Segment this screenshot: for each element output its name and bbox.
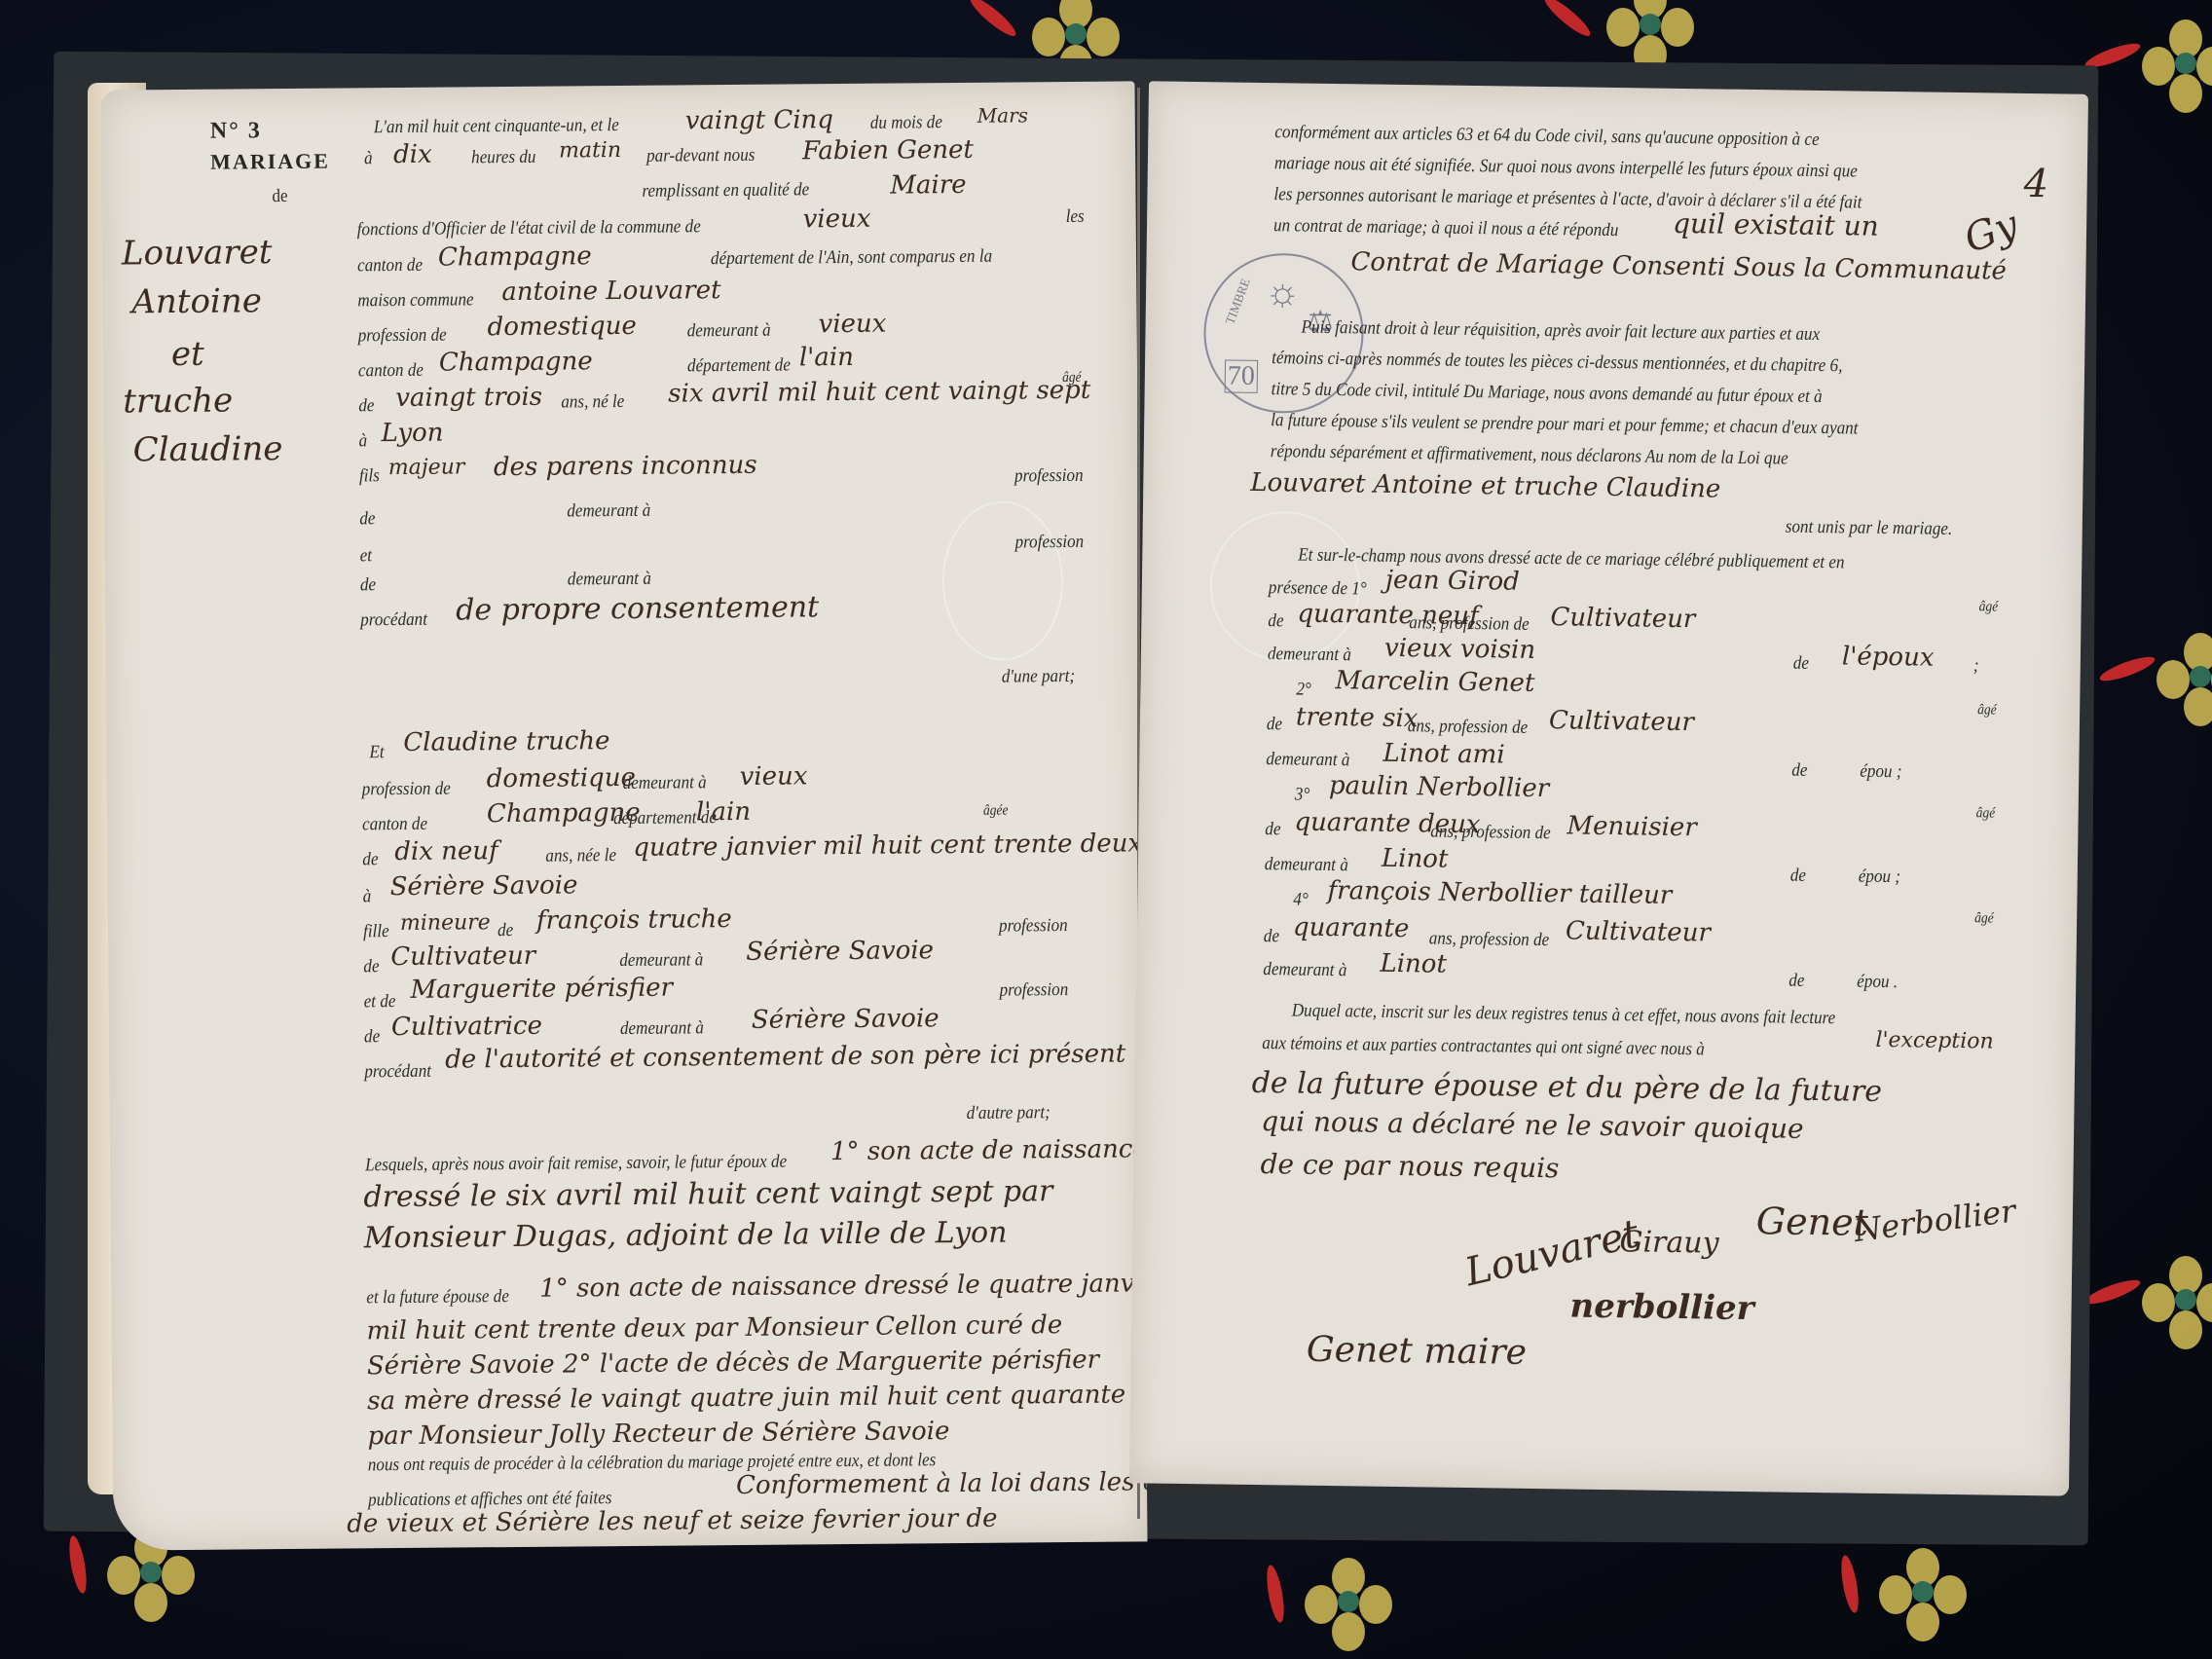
line-hand: de l'autorité et consentement de son pèr…	[445, 1040, 1125, 1075]
margin-mark: Gy	[1959, 203, 2024, 262]
line-print: de	[1793, 653, 1809, 675]
line-print: les	[1066, 206, 1085, 228]
stamp-label: TIMBRE	[1222, 276, 1253, 327]
line-hand: Claudine truche	[403, 726, 609, 757]
line-hand: dix neuf	[394, 836, 498, 866]
line-print: du mois de	[870, 112, 942, 134]
line-hand: de ce par nous requis	[1260, 1148, 1559, 1184]
line-hand: vieux	[818, 310, 886, 340]
line-hand: Champagne	[439, 347, 593, 377]
line-print: demeurant à	[568, 569, 651, 591]
line-print: de	[359, 508, 375, 530]
line-hand: Cultivateur	[1566, 916, 1711, 947]
line-print: ;	[1973, 655, 1979, 677]
line-print: par-devant nous	[646, 145, 755, 167]
line-print: demeurant à	[619, 949, 703, 972]
line-hand: Cultivateur	[1550, 603, 1695, 634]
line-hand: Monsieur Dugas, adjoint de la ville de L…	[364, 1216, 1008, 1256]
right-page: 4 Gy TIMBRE 70 ☼ ⚖ conformément aux arti…	[1129, 81, 2088, 1495]
line-hand: de la future épouse et du père de la fut…	[1251, 1066, 1882, 1109]
line-print: de	[362, 849, 378, 870]
line-hand: françois Nerbollier tailleur	[1327, 876, 1672, 910]
line-print: ans, née le	[545, 845, 616, 867]
line-print: heures du	[471, 147, 536, 169]
signature: Genet	[1756, 1199, 1869, 1244]
line-print: canton de	[358, 360, 424, 383]
line-print: profession	[1014, 465, 1084, 488]
embroidered-flower-decoration	[2142, 1256, 2212, 1344]
line-hand: Menuisier	[1567, 811, 1697, 842]
line-print: de	[498, 920, 513, 941]
line-print: âgé	[1977, 702, 1997, 719]
line-print: demeurant à	[567, 500, 650, 523]
line-print: la future épouse s'ils veulent se prendr…	[1271, 410, 1859, 439]
line-print: épou .	[1857, 972, 1898, 994]
embroidered-flower-decoration	[2157, 633, 2212, 720]
line-hand: l'époux	[1842, 642, 1935, 672]
line-print: profession de	[358, 325, 447, 348]
line-print: profession	[999, 915, 1068, 938]
line-hand: 1° son acte de naissance dressé le quatr…	[539, 1269, 1134, 1303]
line-print: ans, né le	[561, 391, 624, 414]
line-hand: Cultivateur	[1549, 706, 1694, 737]
margin-groom-surname: Louvaret	[122, 233, 273, 273]
signature: Nerbollier	[1852, 1192, 2017, 1249]
line-print: de	[364, 1026, 380, 1048]
line-hand: des parens inconnus	[494, 451, 757, 482]
embossed-seal	[1209, 510, 1361, 662]
line-print: profession	[999, 979, 1068, 1002]
line-print: profession de	[362, 779, 451, 801]
line-hand: de propre consentement	[456, 590, 819, 627]
margin-de: de	[272, 186, 287, 207]
line-hand: l'ain	[799, 343, 854, 372]
line-hand: Linot	[1382, 844, 1449, 874]
line-print: fonctions d'Officier de l'état civil de …	[357, 216, 701, 240]
signature: nerbollier	[1569, 1286, 1754, 1328]
line-hand: 1° son acte de naissance	[830, 1134, 1148, 1166]
embroidered-flower-decoration	[1606, 0, 1694, 68]
line-print: et de	[364, 991, 396, 1013]
line-print: titre 5 du Code civil, intitulé Du Maria…	[1272, 379, 1823, 408]
line-hand: qui nous a déclaré ne le savoir quoique	[1261, 1105, 1804, 1145]
line-hand: Marcelin Genet	[1335, 666, 1534, 698]
line-hand: Champagne	[438, 241, 592, 272]
line-hand: quatre janvier mil huit cent trente deux	[633, 829, 1142, 863]
line-hand: Cultivatrice	[391, 1012, 542, 1042]
page-number: 4	[2023, 162, 2048, 206]
line-hand: l'ain	[696, 797, 751, 827]
line-print: fille	[363, 921, 389, 942]
line-print: Duquel acte, inscrit sur les deux regist…	[1292, 1000, 1836, 1029]
line-hand: quil existait un	[1673, 207, 1879, 242]
line-hand: Sérière Savoie	[389, 870, 577, 902]
line-print: à	[359, 430, 368, 452]
line-print: ans, profession de	[1429, 928, 1550, 951]
embroidered-flower-decoration	[1305, 1558, 1392, 1645]
margin-bride-firstname: Claudine	[133, 429, 283, 469]
signature: Girauy	[1619, 1225, 1719, 1260]
line-hand: l'exception	[1875, 1028, 1994, 1054]
line-hand: sa mère dressé le vaingt quatre juin mil…	[367, 1380, 1193, 1416]
line-print: de	[1790, 866, 1806, 887]
line-hand: Cultivateur	[390, 941, 535, 972]
line-hand: mineure	[400, 910, 491, 936]
line-hand: Sérière Savoie	[746, 936, 934, 967]
line-print: répondu séparément et affirmativement, n…	[1271, 441, 1788, 469]
margin-groom-firstname: Antoine	[131, 281, 262, 321]
line-print: un contrat de mariage; à quoi il nous a …	[1273, 215, 1619, 241]
entry-title: MARIAGE	[210, 149, 330, 175]
line-print: ans, profession de	[1430, 821, 1551, 844]
line-print: à	[364, 148, 373, 169]
line-print: 2°	[1296, 680, 1311, 701]
line-print: Et sur-le-champ nous avons dressé acte d…	[1298, 545, 1845, 574]
embroidered-flower-decoration	[1879, 1548, 1967, 1636]
line-hand: Marguerite périsfier	[410, 974, 673, 1005]
line-hand: Mars	[977, 103, 1028, 127]
line-print: âgé	[1974, 910, 1994, 927]
stamp-value: 70	[1225, 359, 1258, 392]
line-print: département de l'Ain, sont comparus en l…	[711, 246, 992, 271]
line-print: procédant	[364, 1061, 431, 1084]
line-print: de	[1265, 819, 1280, 840]
line-print: L'an mil huit cent cinquante-un, et le	[374, 115, 619, 138]
line-print: demeurant à	[1265, 854, 1348, 876]
line-hand: vaingt Cinq	[685, 105, 833, 135]
line-print: aux témoins et aux parties contractantes…	[1262, 1033, 1705, 1060]
line-print: de	[1267, 714, 1282, 735]
line-hand: Lyon	[381, 419, 443, 449]
line-print: âgé	[1979, 599, 1999, 615]
signature: Genet maire	[1307, 1330, 1528, 1373]
left-page: N° 3 MARIAGE de Louvaret Antoine et truc…	[100, 81, 1147, 1550]
line-print: de	[1264, 926, 1279, 947]
line-hand: Linot	[1380, 949, 1447, 979]
line-hand: majeur	[388, 455, 465, 480]
line-hand: trente six	[1296, 703, 1419, 734]
line-hand: paulin Nerbollier	[1329, 771, 1550, 803]
line-print: département de	[687, 354, 791, 377]
line-hand: domestique	[487, 312, 636, 342]
line-hand: dressé le six avril mil huit cent vaingt…	[363, 1174, 1052, 1214]
line-hand: Sérière Savoie 2° l'acte de décès de Mar…	[367, 1346, 1099, 1382]
line-print: maison commune	[357, 289, 473, 312]
line-print: de	[360, 574, 376, 596]
line-print: âgé	[1976, 805, 1996, 822]
line-hand: par Monsieur Jolly Recteur de Sérière Sa…	[367, 1417, 949, 1451]
line-hand: antoine Louvaret	[501, 276, 720, 307]
line-print: canton de	[357, 255, 423, 277]
line-print: et la future épouse de	[366, 1286, 509, 1309]
margin-bride-surname: truche	[123, 381, 233, 421]
line-print: et	[360, 545, 373, 567]
line-print: de	[358, 395, 374, 417]
line-print: demeurant à	[623, 772, 707, 794]
line-hand: de vieux et Sérière les neuf et seize fe…	[347, 1504, 997, 1539]
line-hand: Maire	[890, 170, 967, 201]
line-print: canton de	[362, 814, 427, 836]
line-print: ans, profession de	[1408, 716, 1529, 739]
line-hand: Linot ami	[1382, 739, 1505, 770]
line-hand: vaingt trois	[395, 383, 542, 413]
line-print: témoins ci-après nommés de toutes les pi…	[1272, 348, 1843, 377]
line-print: d'autre part;	[967, 1102, 1051, 1124]
line-print: de	[1791, 760, 1807, 782]
line-print: âgée	[983, 803, 1009, 820]
line-hand: domestique	[487, 763, 636, 793]
line-print: épou ;	[1859, 866, 1901, 889]
line-print: demeurant à	[1266, 749, 1349, 771]
line-print: conformément aux articles 63 et 64 du Co…	[1274, 122, 1820, 151]
line-print: mariage nous ait été signifiée. Sur quoi…	[1274, 153, 1858, 182]
line-hand: dix	[393, 140, 432, 169]
line-print: fils	[359, 465, 380, 487]
line-print: demeurant à	[687, 320, 771, 343]
line-print: de	[363, 956, 379, 977]
line-print: sont unis par le mariage.	[1786, 517, 1953, 540]
line-hand: six avril mil huit cent vaingt sept	[668, 376, 1090, 409]
line-print: demeurant à	[1263, 959, 1346, 981]
line-hand: mil huit cent trente deux par Monsieur C…	[366, 1310, 1062, 1346]
line-print: 3°	[1295, 784, 1310, 805]
entry-number: N° 3	[210, 118, 262, 144]
signature: Louvaret	[1460, 1211, 1642, 1295]
line-hand: Contrat de Mariage Consenti Sous la Comm…	[1350, 247, 2007, 285]
line-print: demeurant à	[620, 1017, 704, 1040]
sun-icon: ☼	[1265, 269, 1301, 315]
embossed-seal	[941, 500, 1063, 661]
line-print: d'une part;	[1002, 666, 1076, 688]
line-hand: Fabien Genet	[802, 135, 974, 166]
line-print: Et	[369, 742, 384, 763]
line-hand: quarante	[1293, 912, 1410, 943]
line-print: Lesquels, après nous avoir fait remise, …	[365, 1152, 787, 1177]
line-print: ans, profession de	[1409, 612, 1530, 636]
line-print: procédant	[360, 609, 427, 632]
line-hand: françois truche	[536, 904, 732, 936]
line-hand: vieux	[740, 761, 808, 792]
line-print: à	[363, 886, 372, 907]
line-print: Puis faisant droit à leur réquisition, a…	[1301, 317, 1820, 346]
line-hand: vieux voisin	[1384, 634, 1536, 665]
line-print: de	[1788, 971, 1804, 992]
margin-et: et	[171, 335, 204, 374]
entry-number-label: N° 3	[210, 118, 262, 143]
embroidered-flower-decoration	[2142, 19, 2212, 107]
line-hand: Louvaret Antoine et truche Claudine	[1250, 468, 1720, 504]
line-print: épou ;	[1860, 761, 1902, 784]
line-print: remplissant en qualité de	[642, 179, 809, 202]
line-print: 4°	[1293, 889, 1309, 910]
line-hand: Sérière Savoie	[752, 1004, 940, 1035]
line-hand: vieux	[803, 204, 871, 235]
line-hand: jean Girod	[1385, 566, 1520, 597]
line-hand: matin	[559, 138, 621, 164]
line-print: âgé	[1062, 370, 1082, 387]
